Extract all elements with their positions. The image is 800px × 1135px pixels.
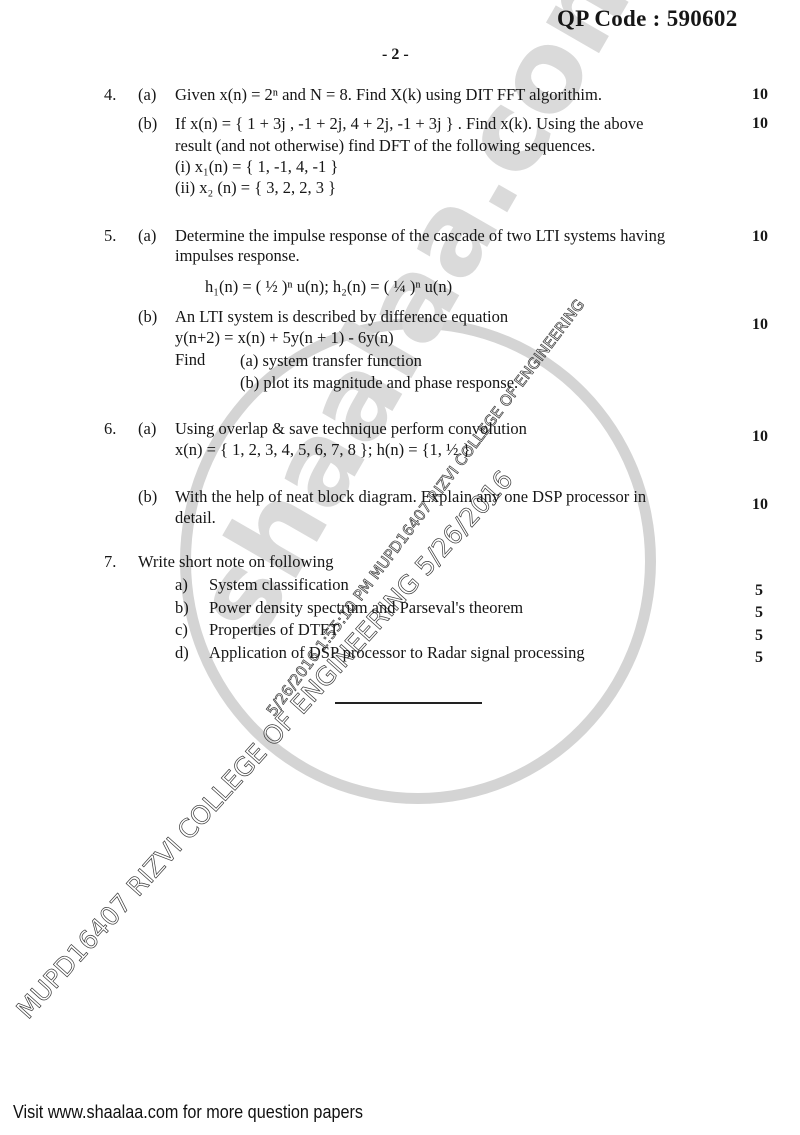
question-text: If x(n) = { 1 + 3j , -1 + 2j, 4 + 2j, -1… (175, 114, 643, 134)
marks: 10 (752, 86, 768, 104)
marks: 10 (752, 115, 768, 133)
question-text: Determine the impulse response of the ca… (175, 226, 665, 246)
qp-code: QP Code : 590602 (557, 6, 738, 32)
question-paper-page: QP Code : 590602 - 2 - 4. (a) Given x(n)… (0, 0, 800, 1135)
footer-link[interactable]: Visit www.shaalaa.com for more question … (13, 1102, 363, 1123)
marks: 10 (752, 316, 768, 334)
marks: 5 (755, 649, 763, 667)
question-text: (a) system transfer function (240, 351, 422, 371)
part-label: (a) (138, 226, 156, 246)
part-label: (b) (138, 114, 157, 134)
part-label: (a) (138, 85, 156, 105)
marks: 5 (755, 604, 763, 622)
question-text: (ii) x₂ (n) = { 3, 2, 2, 3 } (175, 178, 336, 198)
item-label: b) (175, 598, 189, 618)
item-label: d) (175, 643, 189, 663)
question-text: (i) x₁(n) = { 1, -1, 4, -1 } (175, 157, 338, 177)
part-label: (b) (138, 307, 157, 327)
marks: 5 (755, 582, 763, 600)
marks: 5 (755, 627, 763, 645)
equation: y(n+2) = x(n) + 5y(n + 1) - 6y(n) (175, 328, 394, 348)
item-label: c) (175, 620, 188, 640)
item-text: System classification (209, 575, 349, 595)
question-text: Find (175, 350, 205, 370)
question-number: 6. (104, 419, 116, 439)
part-label: (a) (138, 419, 156, 439)
question-text: Given x(n) = 2ⁿ and N = 8. Find X(k) usi… (175, 85, 602, 105)
item-text: Power density spectrum and Parseval's th… (209, 598, 523, 618)
page-number: - 2 - (382, 46, 409, 64)
question-text: Using overlap & save technique perform c… (175, 419, 527, 439)
question-number: 4. (104, 85, 116, 105)
question-text: Write short note on following (138, 552, 333, 572)
question-number: 5. (104, 226, 116, 246)
question-text: (b) plot its magnitude and phase respons… (240, 373, 518, 393)
question-text: An LTI system is described by difference… (175, 307, 508, 327)
item-text: Properties of DTFT (209, 620, 339, 640)
question-number: 7. (104, 552, 116, 572)
item-text: Application of DSP processor to Radar si… (209, 643, 585, 663)
question-text: detail. (175, 508, 216, 528)
equation: x(n) = { 1, 2, 3, 4, 5, 6, 7, 8 }; h(n) … (175, 440, 470, 460)
question-text: result (and not otherwise) find DFT of t… (175, 136, 595, 156)
marks: 10 (752, 428, 768, 446)
part-label: (b) (138, 487, 157, 507)
item-label: a) (175, 575, 188, 595)
end-of-paper-rule (335, 702, 482, 704)
marks: 10 (752, 496, 768, 514)
question-text: With the help of neat block diagram. Exp… (175, 487, 646, 507)
question-text: impulses response. (175, 246, 300, 266)
marks: 10 (752, 228, 768, 246)
equation: h₁(n) = ( ½ )ⁿ u(n); h₂(n) = ( ¼ )ⁿ u(n) (205, 277, 452, 297)
